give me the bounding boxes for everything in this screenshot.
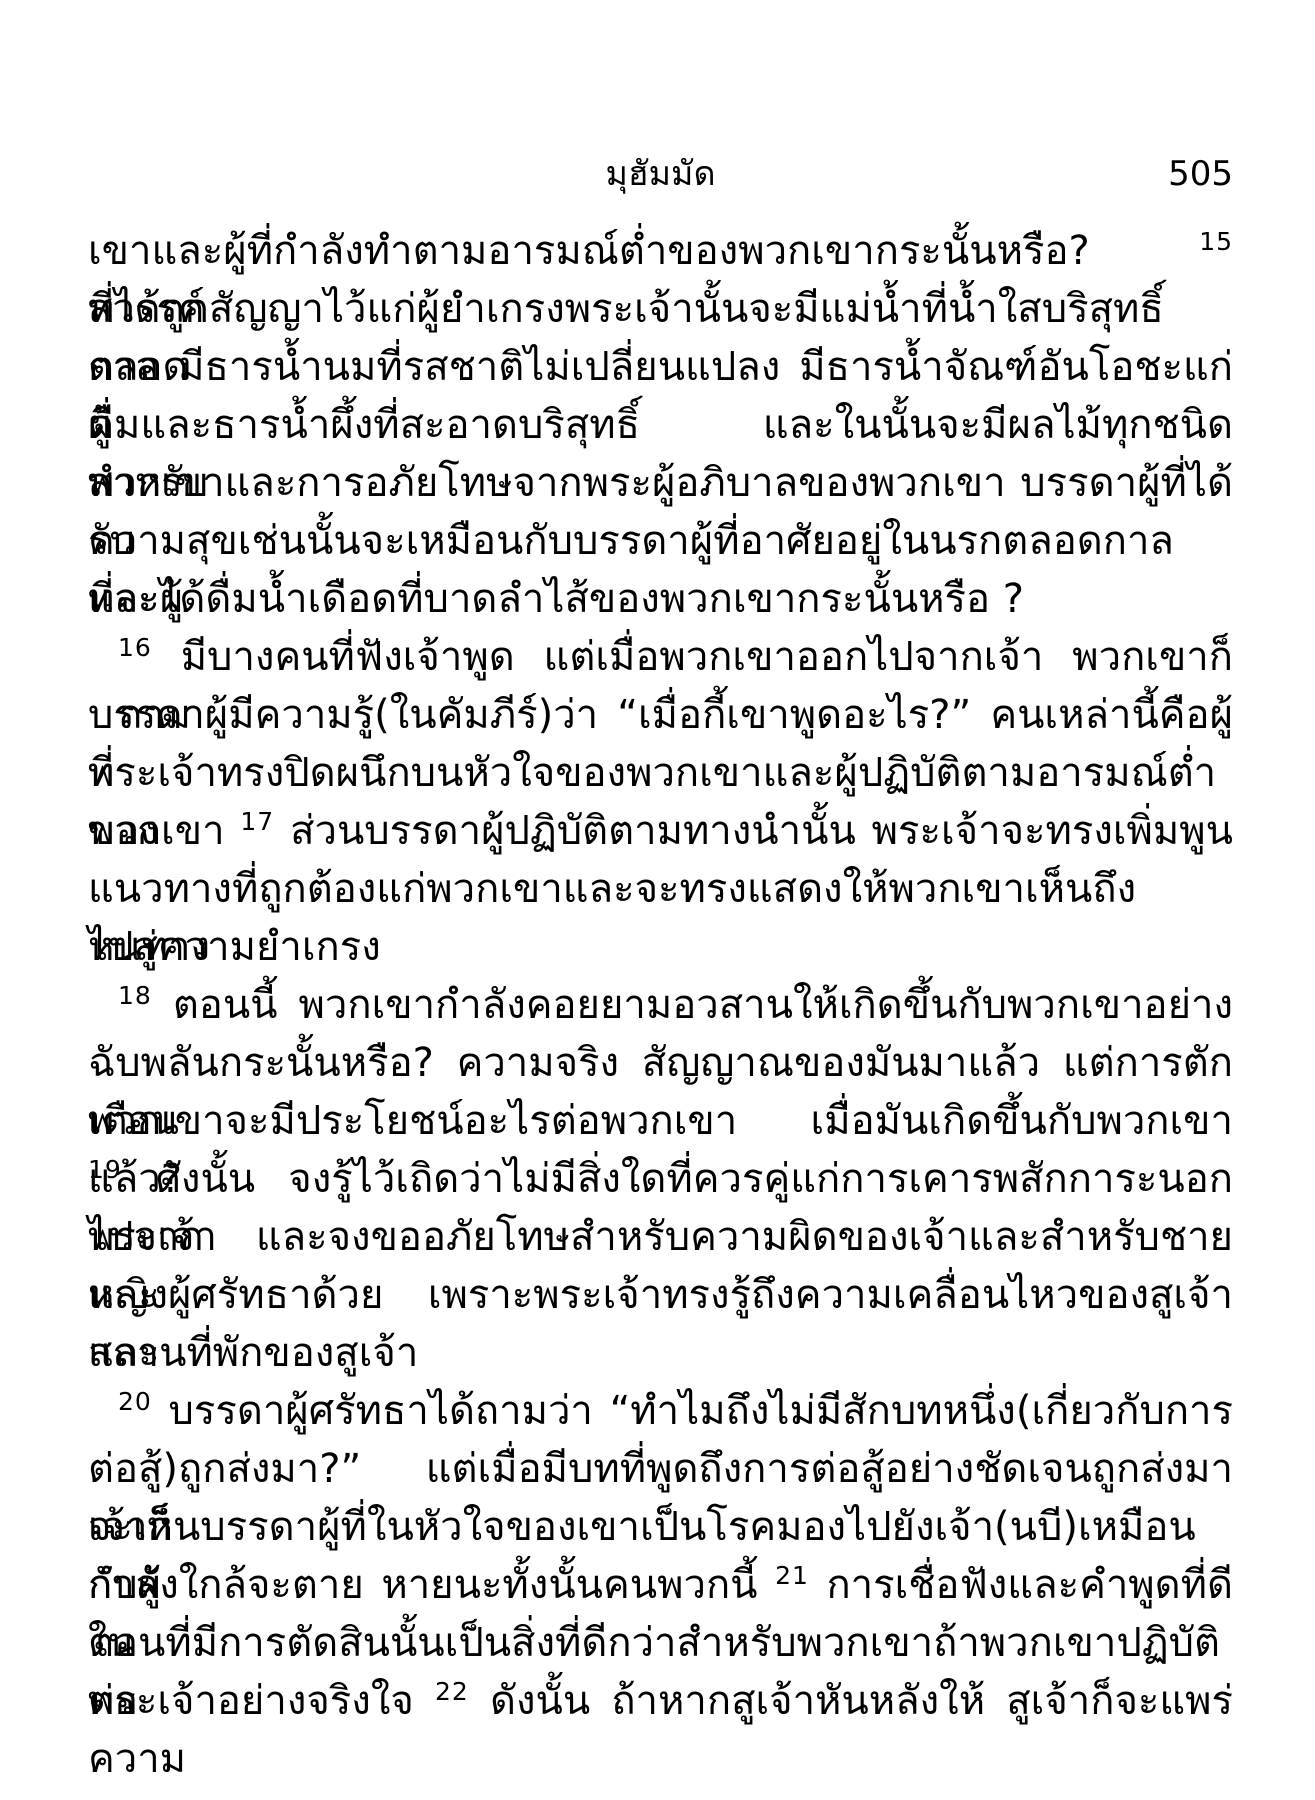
verse-text: พระเจ้าอย่างจริงใจ [88, 1678, 435, 1724]
verse-text: ที่จะได้ดื่มน้ำเดือดที่บาดลำไส้ของพวกเขา… [88, 576, 1024, 622]
verse-text: เขาและผู้ที่กำลังทำตามอารมณ์ต่ำของพวกเขา… [88, 228, 1199, 274]
text-line: หญิงผู้ศรัทธาด้วย เพราะพระเจ้าทรงรู้ถึงค… [88, 1266, 1233, 1324]
text-line: ฉับพลันกระนั้นหรือ? ความจริง สัญญาณของมั… [88, 1034, 1233, 1092]
text-line: ตอนที่มีการตัดสินนั้นเป็นสิ่งที่ดีกว่าสำ… [88, 1614, 1233, 1672]
page-header: มุฮัมมัด 505 [88, 152, 1233, 202]
verse-number: 16 [118, 633, 152, 662]
verse-number: 20 [118, 1387, 152, 1416]
text-line: พวกเขา 17 ส่วนบรรดาผู้ปฏิบัติตามทางนำนั้… [88, 802, 1233, 860]
verse-number: 19 [88, 1155, 122, 1184]
text-line: ความสุขเช่นนั้นจะเหมือนกับบรรดาผู้ที่อาศ… [88, 512, 1233, 570]
verse-text: ไปสู่ความยำเกรง [88, 924, 381, 970]
text-line: 18 ตอนนี้ พวกเขากำลังคอยยามอวสานให้เกิดข… [88, 976, 1233, 1034]
text-line: กำลังใกล้จะตาย หายนะทั้งนั้นคนพวกนี้ 21 … [88, 1556, 1233, 1614]
text-line: ดื่มและธารน้ำผึ้งที่สะอาดบริสุทธิ์ และใน… [88, 396, 1233, 454]
text-line: ที่จะได้ดื่มน้ำเดือดที่บาดลำไส้ของพวกเขา… [88, 570, 1233, 628]
verse-number: 21 [775, 1561, 809, 1590]
verse-number: 17 [240, 807, 274, 836]
text-line: พวกเขาและการอภัยโทษจากพระผู้อภิบาลของพวก… [88, 454, 1233, 512]
verse-text: ตอนนี้ พวกเขากำลังคอยยามอวสานให้เกิดขึ้น… [152, 982, 1233, 1028]
text-line: แนวทางที่ถูกต้องแก่พวกเขาและจะทรงแสดงให้… [88, 860, 1233, 918]
text-line: ต่อสู้)ถูกส่งมา?” แต่เมื่อมีบทที่พูดถึงก… [88, 1440, 1233, 1498]
verse-text: สถานที่พักของสูเจ้า [88, 1330, 418, 1376]
text-line: เขาและผู้ที่กำลังทำตามอารมณ์ต่ำของพวกเขา… [88, 222, 1233, 280]
text-line: 20 บรรดาผู้ศรัทธาได้ถามว่า “ทำไมถึงไม่มี… [88, 1382, 1233, 1440]
text-line: ไปสู่ความยำเกรง [88, 918, 1233, 976]
verse-text: บรรดาผู้ศรัทธาได้ถามว่า “ทำไมถึงไม่มีสัก… [152, 1388, 1233, 1434]
text-line: สถานที่พักของสูเจ้า [88, 1324, 1233, 1382]
verse-text: กำลังใกล้จะตาย หายนะทั้งนั้นคนพวกนี้ [88, 1562, 775, 1608]
page-number: 505 [1168, 152, 1233, 196]
verse-number: 18 [118, 981, 152, 1010]
text-line: จะเห็นบรรดาผู้ที่ในหัวใจของเขาเป็นโรคมอง… [88, 1498, 1233, 1556]
text-line: ที่ได้ถูกสัญญาไว้แก่ผู้ยำเกรงพระเจ้านั้น… [88, 280, 1233, 338]
verse-number: 22 [435, 1677, 469, 1706]
text-line: 16 มีบางคนที่ฟังเจ้าพูด แต่เมื่อพวกเขาออ… [88, 628, 1233, 686]
verse-text: พวกเขา [88, 808, 240, 854]
verse-text: ส่วนบรรดาผู้ปฏิบัติตามทางนำนั้น พระเจ้าจ… [274, 808, 1233, 854]
document-page: มุฮัมมัด 505 เขาและผู้ที่กำลังทำตามอารมณ… [0, 0, 1315, 1800]
text-line: พระเจ้าอย่างจริงใจ 22 ดังนั้น ถ้าหากสูเจ… [88, 1672, 1233, 1730]
text-line: พวกเขาจะมีประโยชน์อะไรต่อพวกเขา เมื่อมัน… [88, 1092, 1233, 1150]
page-body: เขาและผู้ที่กำลังทำตามอารมณ์ต่ำของพวกเขา… [88, 222, 1233, 1730]
text-line: พระเจ้า และจงขออภัยโทษสำหรับความผิดของเจ… [88, 1208, 1233, 1266]
text-line: บรรดาผู้มีความรู้(ในคัมภีร์)ว่า “เมื่อกี… [88, 686, 1233, 744]
text-line: 19 ดังนั้น จงรู้ไว้เถิดว่าไม่มีสิ่งใดที่… [88, 1150, 1233, 1208]
text-line: กาล มีธารน้ำนมที่รสชาติไม่เปลี่ยนแปลง มี… [88, 338, 1233, 396]
surah-title: มุฮัมมัด [88, 152, 1233, 196]
text-line: พระเจ้าทรงปิดผนึกบนหัวใจของพวกเขาและผู้ป… [88, 744, 1233, 802]
verse-number: 15 [1199, 227, 1233, 256]
